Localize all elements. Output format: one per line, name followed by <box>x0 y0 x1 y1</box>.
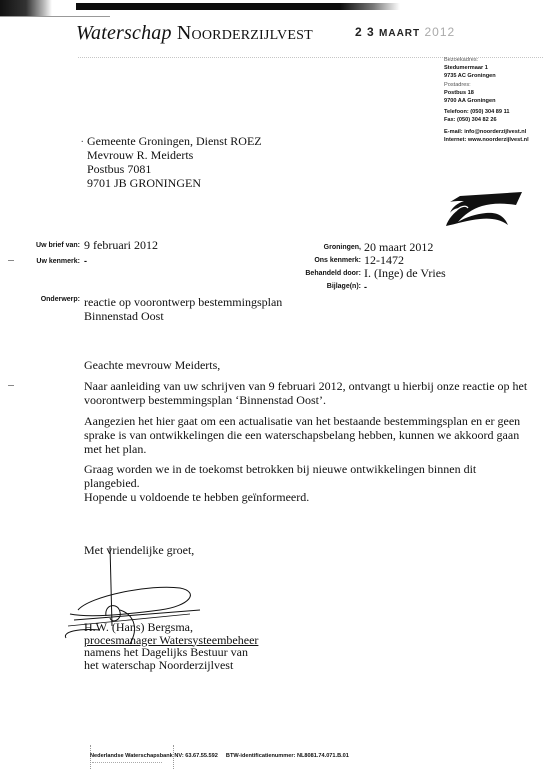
subject-line-2: Binnenstad Oost <box>84 309 282 323</box>
body-paragraph-4: Hopende u voldoende te hebben geïnformee… <box>84 490 534 504</box>
organization-name-italic: Waterschap <box>76 22 172 44</box>
fold-mark <box>8 260 14 261</box>
place-label: Groningen, <box>280 244 361 251</box>
stamp-year: 2012 <box>424 25 455 39</box>
footer: Nederlandse Waterschapsbank NV: 63.67.55… <box>90 753 349 759</box>
subject-line-1: reactie op voorontwerp bestemmingsplan <box>84 295 282 309</box>
body-paragraph-2: Aangezien het hier gaat om een actualisa… <box>84 414 534 456</box>
footer-bank: Nederlandse Waterschapsbank NV: 63.67.55… <box>90 753 218 759</box>
salutation: Geachte mevrouw Meiderts, <box>84 358 534 372</box>
addressee-block: Gemeente Groningen, Dienst ROEZ Mevrouw … <box>87 134 262 190</box>
on-behalf-line-2: het waterschap Noorderzijlvest <box>84 659 258 672</box>
your-reference-value: - <box>84 256 87 266</box>
visit-street: Stedumermaar 1 <box>444 64 529 72</box>
address-marker: . <box>81 134 84 145</box>
attachments-value: - <box>364 282 367 292</box>
website: Internet: www.noorderzijlvest.nl <box>444 136 529 144</box>
visit-address-label: Bezoekadres: <box>444 56 529 64</box>
scan-artifact-fade <box>340 3 400 10</box>
postal-city: 9700 AA Groningen <box>444 97 529 105</box>
addressee-organization: Gemeente Groningen, Dienst ROEZ <box>87 134 262 148</box>
attachments-label: Bijlage(n): <box>280 283 361 290</box>
waterschap-wave-logo-icon <box>442 189 524 227</box>
your-letter-label: Uw brief van: <box>20 242 80 249</box>
on-behalf-line-1: namens het Dagelijks Bestuur van <box>84 646 258 659</box>
fax-number: Fax: (050) 304 82 26 <box>444 116 529 124</box>
signer-name: H.W. (Hans) Bergsma, <box>84 621 258 634</box>
organization-name: Waterschap Noorderzijlvest <box>76 22 313 45</box>
subject: reactie op voorontwerp bestemmingsplan B… <box>84 295 282 323</box>
your-reference-label: Uw kenmerk: <box>20 258 80 265</box>
scan-artifact-line <box>0 16 110 17</box>
footer-vat: BTW-identificatienummer: NL8081.74.071.B… <box>226 753 349 759</box>
our-reference-label: Ons kenmerk: <box>280 257 361 264</box>
addressee-postcode-city: 9701 JB GRONINGEN <box>87 176 262 190</box>
handled-by-value: I. (Inge) de Vries <box>364 266 446 281</box>
organization-name-caps: Noorderzijlvest <box>177 22 313 44</box>
stamp-month: MAART <box>379 28 420 39</box>
addressee-postbox: Postbus 7081 <box>87 162 262 176</box>
scan-artifact <box>0 0 52 16</box>
handled-by-label: Behandeld door: <box>280 270 361 277</box>
email-address: E-mail: info@noorderzijlvest.nl <box>444 128 529 136</box>
body-paragraph-3: Graag worden we in de toekomst betrokken… <box>84 462 534 490</box>
received-stamp: 2 3 MAART 2012 <box>355 25 455 39</box>
closing-greeting: Met vriendelijke groet, <box>84 543 194 558</box>
body-paragraph-1: Naar aanleiding van uw schrijven van 9 f… <box>84 379 534 407</box>
stamp-day: 2 3 <box>355 25 375 39</box>
addressee-person: Mevrouw R. Meiderts <box>87 148 262 162</box>
phone-number: Telefoon: (050) 304 89 11 <box>444 108 529 116</box>
signer-block: H.W. (Hans) Bergsma, procesmanager Water… <box>84 621 258 671</box>
postal-address-label: Postadres: <box>444 81 529 89</box>
subject-label: Onderwerp: <box>14 296 80 303</box>
your-letter-date: 9 februari 2012 <box>84 238 158 253</box>
fold-mark <box>8 385 14 386</box>
postal-box: Postbus 18 <box>444 89 529 97</box>
scan-artifact-scrawl <box>92 762 162 764</box>
contact-block: Bezoekadres: Stedumermaar 1 9735 AC Gron… <box>444 56 529 144</box>
visit-city: 9735 AC Groningen <box>444 72 529 80</box>
